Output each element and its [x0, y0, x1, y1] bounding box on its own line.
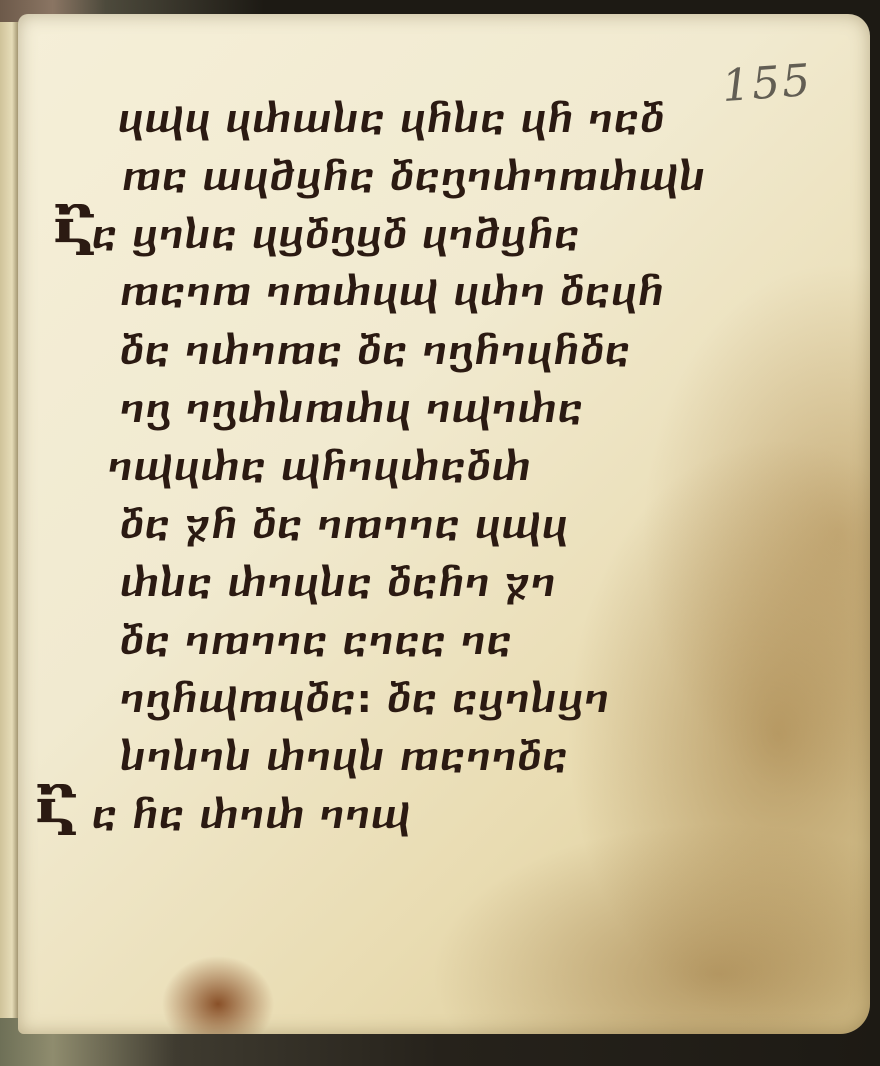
manuscript-line: ⴈⴓⴗⴐⴀ ⴓⴌⴈⴗⴐⴀⴃⴐ: [108, 448, 532, 486]
manuscript-line: ⴃⴀ ⴟⴌ ⴃⴀ ⴈⴊⴈⴈⴀ ⴗⴓⴗ: [120, 506, 569, 544]
manuscript-line: ⴑⴈⴑⴈⴑ ⴐⴈⴗⴑ ⴊⴀⴈⴈⴃⴀ: [120, 738, 569, 776]
manuscript-line: ⴀ ⴁⴈⴑⴀ ⴗⴁⴃⴂⴁⴃ ⴗⴈⴋⴁⴌⴀ: [92, 216, 581, 254]
manuscript-line: ⴃⴀ ⴈⴐⴈⴊⴀ ⴃⴀ ⴈⴂⴌⴈⴗⴌⴃⴀ: [120, 332, 631, 370]
manuscript-line: ⴈⴂ ⴈⴂⴐⴑⴊⴐⴗ ⴈⴓⴈⴐⴀ: [120, 390, 584, 428]
manuscript-line: ⴈⴂⴌⴓⴊⴗⴃⴀ: ⴃⴀ ⴀⴁⴈⴑⴁⴈ: [120, 680, 610, 718]
manuscript-line: ⴀ ⴌⴀ ⴐⴈⴐ ⴈⴈⴓ: [92, 796, 411, 834]
manuscript-line: ⴃⴀ ⴈⴊⴈⴈⴀ ⴀⴈⴀⴀ ⴈⴀ: [120, 622, 513, 660]
decorated-initial: Ⴀ: [34, 780, 79, 850]
decorated-initial: Ⴀ: [52, 200, 97, 270]
manuscript-text-block: ⴗⴓⴗ ⴗⴐⴍⴑⴀ ⴗⴌⴑⴀ ⴗⴌ ⴈⴀⴃⴊⴀ ⴍⴗⴋⴁⴌⴀ ⴃⴀⴂⴈⴐⴈⴊⴐⴓ…: [0, 0, 880, 1066]
manuscript-line: ⴊⴀⴈⴊ ⴈⴊⴐⴗⴓ ⴗⴐⴈ ⴃⴀⴗⴌ: [120, 273, 665, 311]
manuscript-line: ⴗⴓⴗ ⴗⴐⴍⴑⴀ ⴗⴌⴑⴀ ⴗⴌ ⴈⴀⴃ: [118, 100, 665, 138]
manuscript-line: ⴊⴀ ⴍⴗⴋⴁⴌⴀ ⴃⴀⴂⴈⴐⴈⴊⴐⴓⴑ: [122, 158, 706, 196]
manuscript-line: ⴐⴑⴀ ⴐⴈⴗⴑⴀ ⴃⴀⴌⴈ ⴟⴈ: [120, 564, 557, 602]
